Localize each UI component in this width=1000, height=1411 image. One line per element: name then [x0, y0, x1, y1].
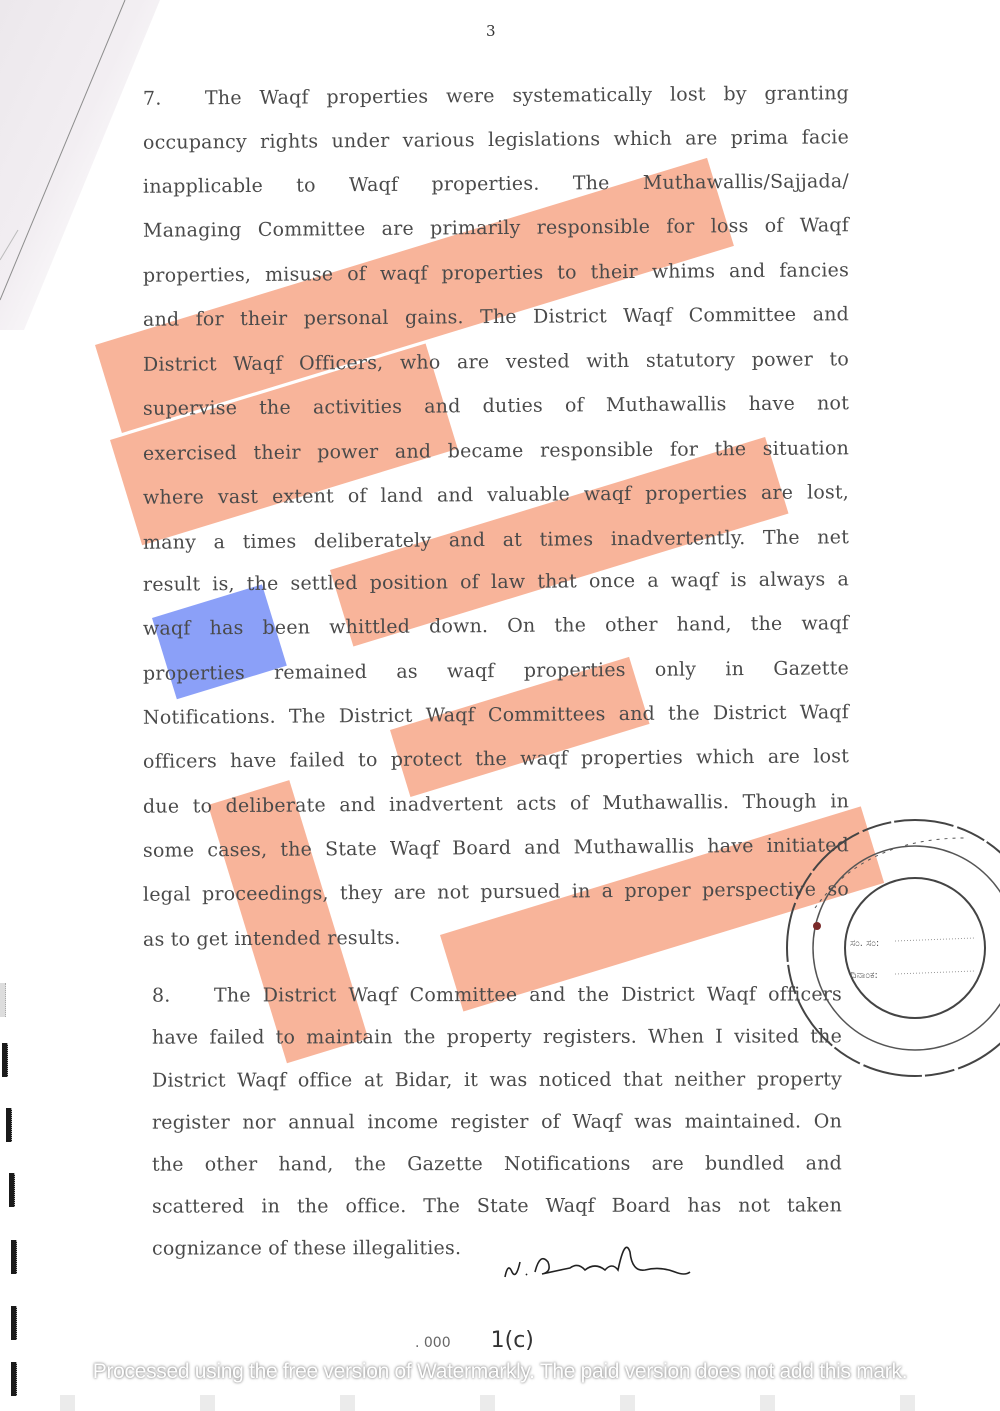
- footer-code-text: 1(c): [491, 1328, 534, 1353]
- paragraph-text: supervise the activities and duties of M…: [143, 392, 849, 420]
- paragraph-1-line: result is, the settled position of law t…: [143, 567, 849, 597]
- paragraph-text: Managing Committee are primarily respons…: [143, 214, 849, 242]
- paragraph-text: properties remained as waqf properties o…: [143, 657, 849, 685]
- scan-specks: [0, 1395, 1000, 1411]
- paragraph-text: the other hand, the Gazette Notification…: [152, 1152, 842, 1175]
- official-seal-icon: ಸಂ. ಸಂ: ದಿನಾಂಕ:: [775, 818, 1000, 1088]
- paragraph-text: occupancy rights under various legislati…: [143, 126, 849, 154]
- paragraph-1-line: and for their personal gains. The Distri…: [143, 302, 849, 332]
- paragraph-text: Notifications. The District Waqf Committ…: [143, 701, 849, 729]
- paragraph-text: District Waqf office at Bidar, it was no…: [152, 1068, 842, 1091]
- paragraph-1-line: inapplicable to Waqf properties. The Mut…: [143, 169, 849, 199]
- paragraph-2-line: have failed to maintain the property reg…: [152, 1024, 842, 1049]
- svg-text:ಸಂ. ಸಂ:: ಸಂ. ಸಂ:: [850, 938, 879, 949]
- paragraph-text: result is, the settled position of law t…: [143, 568, 849, 596]
- paragraph-1-line: occupancy rights under various legislati…: [143, 125, 849, 155]
- binding-mark: [11, 1240, 17, 1274]
- paragraph-number: 8.: [152, 983, 214, 1007]
- paragraph-text: District Waqf Officers, who are vested w…: [143, 348, 849, 376]
- paragraph-text: and for their personal gains. The Distri…: [143, 303, 849, 331]
- handwritten-signature-icon: [500, 1232, 700, 1284]
- binding-mark: [2, 1043, 8, 1077]
- paragraph-text: The District Waqf Committee and the Dist…: [214, 983, 842, 1006]
- paragraph-1-line: many a times deliberately and at times i…: [143, 525, 849, 555]
- paragraph-2-line: register nor annual income register of W…: [152, 1109, 842, 1134]
- paragraph-1-line: District Waqf Officers, who are vested w…: [143, 347, 849, 377]
- paragraph-text: have failed to maintain the property reg…: [152, 1025, 842, 1048]
- paragraph-text: cognizance of these illegalities.: [152, 1237, 461, 1260]
- binding-mark: [11, 1306, 17, 1340]
- paragraph-text: waqf has been whittled down. On the othe…: [143, 612, 849, 640]
- paragraph-1-line: officers have failed to protect the waqf…: [143, 744, 849, 774]
- paragraph-text: legal proceedings, they are not pursued …: [143, 878, 849, 906]
- paragraph-2-line: the other hand, the Gazette Notification…: [152, 1151, 842, 1176]
- paragraph-text: properties, misuse of waqf properties to…: [143, 259, 849, 287]
- paragraph-text: where vast extent of land and valuable w…: [143, 481, 849, 509]
- paragraph-1-line: 7.The Waqf properties were systematicall…: [143, 81, 849, 111]
- paragraph-1-line: waqf has been whittled down. On the othe…: [143, 611, 849, 641]
- paragraph-1-line: due to deliberate and inadvertent acts o…: [143, 789, 849, 819]
- paragraph-1-line: Notifications. The District Waqf Committ…: [143, 700, 849, 730]
- paragraph-text: officers have failed to protect the waqf…: [143, 745, 849, 773]
- highlight-band: [208, 780, 368, 1063]
- paragraph-2-line: cognizance of these illegalities.: [152, 1235, 842, 1260]
- paragraph-number: 7.: [143, 86, 205, 110]
- paragraph-1-line: Managing Committee are primarily respons…: [143, 213, 849, 243]
- paragraph-2-line: 8.The District Waqf Committee and the Di…: [152, 982, 842, 1007]
- paragraph-1-line: supervise the activities and duties of M…: [143, 391, 849, 421]
- paragraph-text: due to deliberate and inadvertent acts o…: [143, 790, 849, 818]
- paragraph-text: exercised their power and became respons…: [143, 437, 849, 465]
- binding-mark: [6, 1108, 12, 1142]
- paragraph-text: some cases, the State Waqf Board and Mut…: [143, 834, 849, 862]
- paragraph-1-line: properties remained as waqf properties o…: [143, 656, 849, 686]
- binding-mark: [9, 1173, 15, 1207]
- watermark-text: Processed using the free version of Wate…: [0, 1360, 1000, 1384]
- paragraph-text: register nor annual income register of W…: [152, 1110, 842, 1133]
- paragraph-text: inapplicable to Waqf properties. The Mut…: [143, 170, 849, 198]
- paragraph-1-line: as to get intended results.: [143, 922, 849, 952]
- paragraph-2-line: scattered in the office. The State Waqf …: [152, 1193, 842, 1218]
- paragraph-1-line: properties, misuse of waqf properties to…: [143, 258, 849, 288]
- binding-mark: [0, 983, 6, 1017]
- footer-prefix: . 000: [415, 1335, 451, 1351]
- paragraph-text: as to get intended results.: [143, 927, 401, 951]
- footer-page-code: . 0001(c): [415, 1328, 534, 1353]
- paragraph-text: scattered in the office. The State Waqf …: [152, 1194, 842, 1217]
- svg-text:ದಿನಾಂಕ:: ದಿನಾಂಕ:: [850, 970, 878, 981]
- paragraph-2-line: District Waqf office at Bidar, it was no…: [152, 1067, 842, 1092]
- paragraph-text: The Waqf properties were systematically …: [205, 82, 849, 109]
- paragraph-text: many a times deliberately and at times i…: [143, 526, 849, 554]
- page-fold-line: [0, 0, 160, 340]
- page-number: 3: [486, 22, 496, 40]
